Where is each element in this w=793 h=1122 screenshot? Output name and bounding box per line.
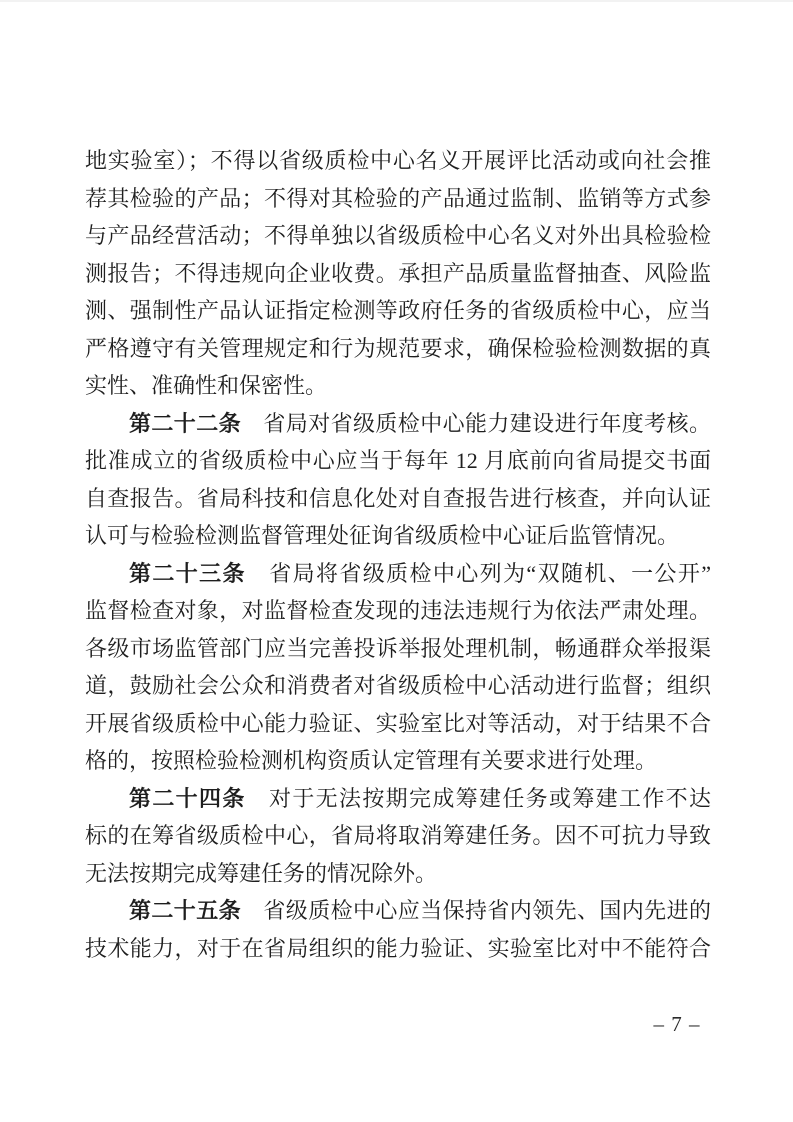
text-line: 严格遵守有关管理规定和行为规范要求，确保检验检测数据的真	[85, 330, 711, 368]
document-body: 地实验室）；不得以省级质检中心名义开展评比活动或向社会推荐其检验的产品；不得对其…	[85, 142, 711, 967]
text-line: 技术能力，对于在省局组织的能力验证、实验室比对中不能符合	[85, 930, 711, 968]
page-number: – 7 –	[635, 1012, 719, 1037]
text-line: 监督检查对象，对监督检查发现的违法违规行为依法严肃处理。	[85, 592, 711, 630]
text-line: 测报告；不得违规向企业收费。承担产品质量监督抽查、风险监	[85, 255, 711, 293]
text-line: 测、强制性产品认证指定检测等政府任务的省级质检中心，应当	[85, 292, 711, 330]
article-number: 第二十三条	[129, 561, 246, 586]
text-line: 认可与检验检测监督管理处征询省级质检中心证后监管情况。	[85, 517, 711, 555]
text-line: 道，鼓励社会公众和消费者对省级质检中心活动进行监督；组织	[85, 667, 711, 705]
text-line: 标的在筹省级质检中心，省局将取消筹建任务。因不可抗力导致	[85, 817, 711, 855]
text-line: 地实验室）；不得以省级质检中心名义开展评比活动或向社会推	[85, 142, 711, 180]
text-line: 批准成立的省级质检中心应当于每年 12 月底前向省局提交书面	[85, 442, 711, 480]
document-page: 地实验室）；不得以省级质检中心名义开展评比活动或向社会推荐其检验的产品；不得对其…	[0, 0, 793, 1122]
paragraph: 第二十三条 省局将省级质检中心列为“双随机、一公开”监督检查对象，对监督检查发现…	[85, 555, 711, 780]
text-line: 格的，按照检验检测机构资质认定管理有关要求进行处理。	[85, 742, 711, 780]
article-number: 第二十五条	[129, 898, 241, 923]
paragraph: 第二十四条 对于无法按期完成筹建任务或筹建工作不达标的在筹省级质检中心，省局将取…	[85, 780, 711, 893]
text-line: 无法按期完成筹建任务的情况除外。	[85, 855, 711, 893]
paragraph: 第二十五条 省级质检中心应当保持省内领先、国内先进的技术能力，对于在省局组织的能…	[85, 892, 711, 967]
text-line: 各级市场监管部门应当完善投诉举报处理机制，畅通群众举报渠	[85, 630, 711, 668]
text-line: 第二十二条 省局对省级质检中心能力建设进行年度考核。	[85, 405, 711, 443]
paragraph: 第二十二条 省局对省级质检中心能力建设进行年度考核。批准成立的省级质检中心应当于…	[85, 405, 711, 555]
text-line: 第二十五条 省级质检中心应当保持省内领先、国内先进的	[85, 892, 711, 930]
text-line: 第二十三条 省局将省级质检中心列为“双随机、一公开”	[85, 555, 711, 593]
page-top-edge	[0, 0, 793, 2]
text-line: 荐其检验的产品；不得对其检验的产品通过监制、监销等方式参	[85, 180, 711, 218]
article-number: 第二十二条	[129, 411, 241, 436]
text-line: 与产品经营活动；不得单独以省级质检中心名义对外出具检验检	[85, 217, 711, 255]
article-number: 第二十四条	[129, 786, 246, 811]
text-line: 开展省级质检中心能力验证、实验室比对等活动，对于结果不合	[85, 705, 711, 743]
paragraph: 地实验室）；不得以省级质检中心名义开展评比活动或向社会推荐其检验的产品；不得对其…	[85, 142, 711, 405]
text-line: 第二十四条 对于无法按期完成筹建任务或筹建工作不达	[85, 780, 711, 818]
text-line: 自查报告。省局科技和信息化处对自查报告进行核查，并向认证	[85, 480, 711, 518]
text-line: 实性、准确性和保密性。	[85, 367, 711, 405]
